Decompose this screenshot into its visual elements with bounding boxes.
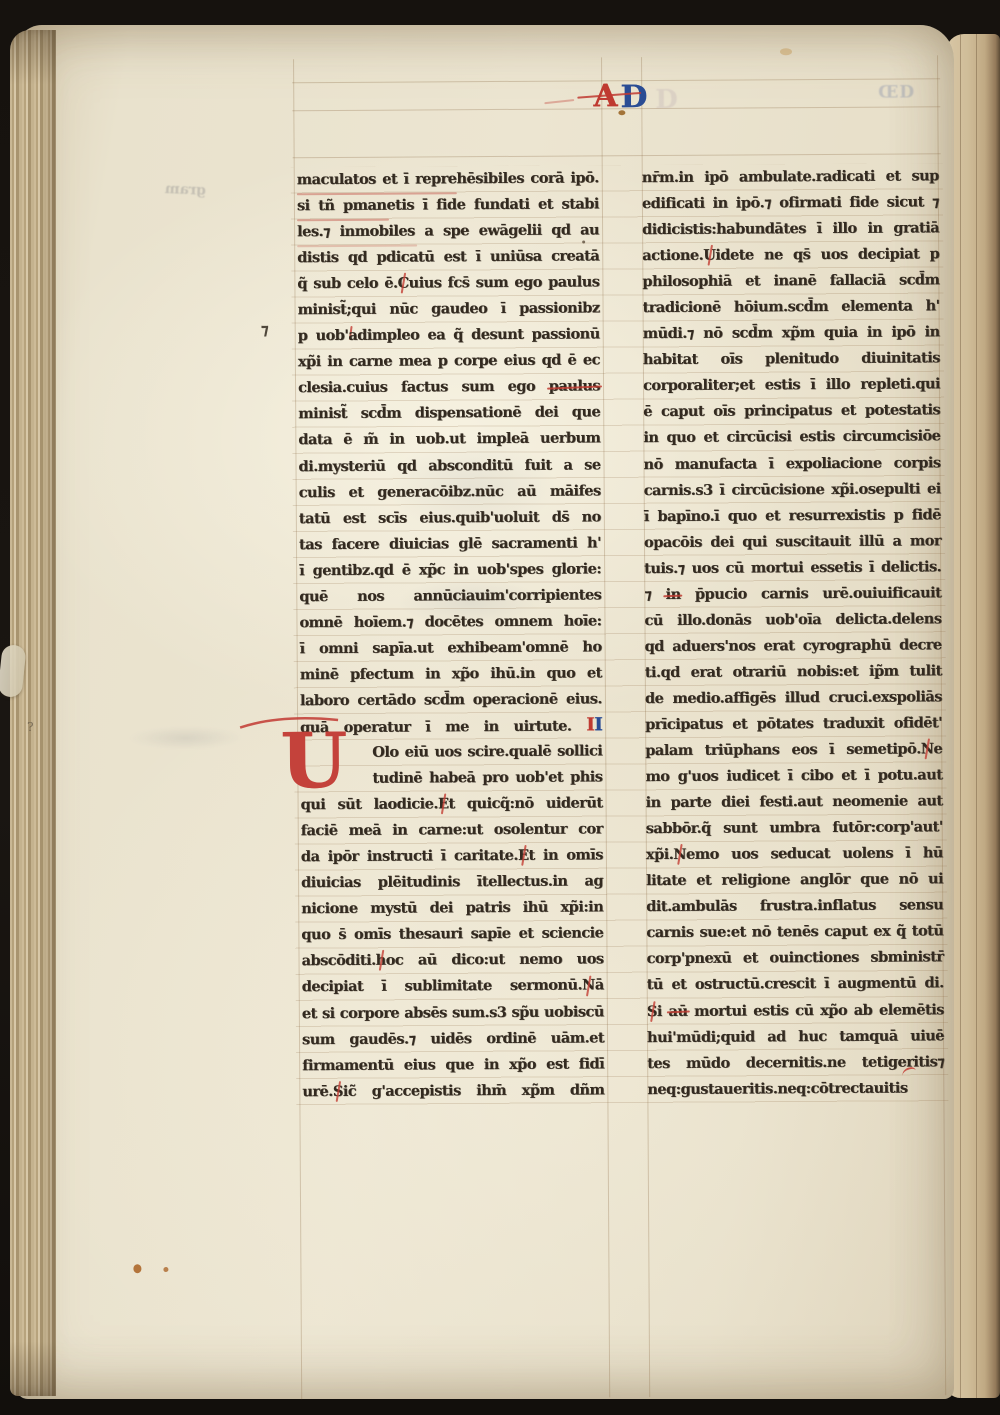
- text-line: neq:gustaueritis.neq:cōtrectauitis: [647, 1075, 944, 1103]
- ruling-horizontal: [293, 153, 941, 158]
- red-touched-capital: E: [518, 843, 529, 869]
- red-touched-capital: U: [703, 243, 715, 269]
- text-line: tatū est scīs eius.quib'uoluit ds̄ no: [299, 504, 601, 532]
- stain: [780, 48, 792, 55]
- stain: [133, 1264, 141, 1273]
- text-line: minē pfectum in xp̃o ihū.in quo et: [300, 660, 602, 688]
- text-line: nr̄m.in ipō ambulate.radicati et sup: [642, 163, 939, 191]
- text-line: sum gaudēs.⁊ uidēs ordinē uām.et: [302, 1025, 604, 1053]
- text-line: di.mysteriū qd absconditū fuit a se: [298, 452, 600, 480]
- text-line: carnis sue:et nō tenēs caput ex q̃ totū: [646, 919, 943, 947]
- red-struck-word: aū: [668, 1002, 687, 1019]
- text-line: decipiat ī sublimitate sermonū.Nā: [302, 973, 604, 1001]
- text-line: ē caput oīs principatus et potestatis: [643, 398, 940, 426]
- text-line: Si aū mortui estis cū xp̃o ab elemētis: [647, 997, 944, 1025]
- text-line: tradicionē hōium.scd̄m elementa h': [642, 294, 939, 322]
- text-line: et si corpore absēs sum.s3 sp̃u uobiscū: [302, 999, 604, 1027]
- text-line: da ipōr instructi ī caritate.Et in omīs: [301, 843, 603, 871]
- folio-content: gram ŒD D A D maculatos et ī reprehēsibi…: [0, 0, 1000, 1415]
- text-line: tes mūdo decernitis.ne tetigeritis⁊: [647, 1049, 944, 1077]
- text-line: de medio.affigēs illud cruci.exspoliās: [645, 684, 942, 712]
- text-line: philosophiā et inanē fallaciā scd̄m: [642, 267, 939, 295]
- text-line: ī bapīno.ī quo et resurrexistis p fidē: [644, 502, 941, 530]
- text-line: les.⁊ inmobiles a spe ewāgelii qd au: [297, 217, 599, 245]
- text-line: abscōditi.hoc aū dico:ut nemo uos: [301, 947, 603, 975]
- text-line: nō manufacta ī expoliacione corpis: [643, 450, 940, 478]
- text-line: culis et generacōibz.nūc aū māifes: [299, 478, 601, 506]
- text-line: quē nos annūciauim'corripientes: [299, 582, 601, 610]
- text-line: sabbōr.q̃ sunt umbra futōr:corp'aut': [646, 814, 943, 842]
- text-line: ti.qd erat otrariū nobis:et ip̃m tulit: [645, 658, 942, 686]
- text-column-left: maculatos et ī reprehēsibiles corā ipō.s…: [297, 165, 605, 1105]
- text-line: edificati in ipō.⁊ ofirmati fide sicut ⁊: [642, 189, 939, 217]
- text-line: corporaliter;et estis ī illo repleti.qui: [643, 372, 940, 400]
- red-struck-word: in: [665, 586, 680, 603]
- text-line: q̃ sub celo ē.Cuius fcs̄ sum ego paulus: [297, 270, 599, 298]
- text-line: diuicias plēitudinis ītellectus.in ag: [301, 869, 603, 897]
- running-title-letter-blue: D: [620, 82, 647, 113]
- text-line: p uob'adimpleo ea q̃ desunt passionū: [298, 322, 600, 350]
- red-touched-capital: S: [333, 1079, 343, 1105]
- text-line: ⁊ in p̄pucio carnis urē.ouiuificauit: [644, 580, 941, 608]
- ghost-show-through-title: ŒD: [878, 82, 915, 102]
- text-line: litate et religione anglōr que nō ui: [646, 867, 943, 895]
- red-touched-capital: N: [582, 973, 595, 999]
- text-line: distis qd pdicatū est ī uniūsa creatā: [297, 244, 599, 272]
- text-line: carnis.s3 ī circūcisione xp̃i.osepulti e…: [644, 476, 941, 504]
- ghost-show-through-letter: D: [655, 85, 678, 115]
- text-line: corp'pnexū et ouinctiones sbministr̄: [646, 945, 943, 973]
- text-line: palam triūphans eos ī semetipō.Ne: [645, 736, 942, 764]
- text-line: tū et ostructū.crescit ī augmentū di.: [647, 971, 944, 999]
- red-touched-capital: h: [376, 948, 386, 974]
- gutter-margin-mark: ?: [27, 720, 34, 734]
- stain: [163, 1267, 168, 1272]
- text-line: nicione mystū dei patris ihū xp̃i:in: [301, 895, 603, 923]
- text-line: in parte diei festi.aut neomenie aut: [646, 788, 943, 816]
- text-line: in quo et circūcisi estis circumcisiōe: [643, 424, 940, 452]
- text-line: minist̃ scd̄m dispensationē dei que: [298, 400, 600, 428]
- text-line: quo s̄ omīs thesauri sapīe et sciencie: [301, 921, 603, 949]
- text-line: actione.Uidete ne qs̄ uos decipiat p: [642, 241, 939, 269]
- text-line: maculatos et ī reprehēsibiles corā ipō.: [297, 165, 599, 193]
- stain: [618, 110, 625, 115]
- text-line: mūdi.⁊ nō scd̄m xp̃m quia in ipō in: [643, 320, 940, 348]
- text-column-right: nr̄m.in ipō ambulate.radicati et supedif…: [642, 163, 945, 1102]
- text-line: faciē meā in carne:ut osolentur cor: [301, 817, 603, 845]
- text-line: dit.ambulās frustra.inflatus sensu: [646, 893, 943, 921]
- text-line: didicistis:habundātes ī illo in gratiā: [642, 215, 939, 243]
- red-touched-capital: N: [673, 842, 686, 868]
- text-line: qd aduers'nos erat cyrographū decre: [645, 632, 942, 660]
- text-line: hui'mūdi;quid ad huc tamquā uiuē: [647, 1023, 944, 1051]
- ghost-show-through-note: gram: [164, 181, 206, 199]
- red-touched-capital: S: [647, 999, 657, 1025]
- text-line: clesia.cuius factus sum ego paulus: [298, 374, 600, 402]
- text-line: mo g'uos iudicet ī cibo et ī potu.aut: [645, 762, 942, 790]
- red-touched-capital: C: [398, 271, 409, 297]
- text-line: minist̃;qui nūc gaudeo ī passionibz: [297, 296, 599, 324]
- text-line: tas facere diuicias glē sacramenti h': [299, 530, 601, 558]
- text-line: si tñ pmanetis ī fide fundati et stabi: [297, 191, 599, 219]
- text-line: xp̃i in carne mea p corpe eius qd ē ec: [298, 348, 600, 376]
- decorated-initial-U: U: [280, 723, 347, 799]
- text-line: cū illo.donās uob'oīa delicta.delens: [644, 606, 941, 634]
- red-touched-capital: E: [438, 791, 449, 817]
- text-line: data ē m̃ in uob.ut impleā uerbum: [298, 426, 600, 454]
- text-line: opacōis dei qui suscitauit illū a mor: [644, 528, 941, 556]
- text-line: prīcipatus et pōtates traduxit ofidēt': [645, 710, 942, 738]
- text-line: urē.Sic̃ g'accepistis ihm̄ xp̃m dñm: [302, 1077, 604, 1105]
- text-line: ī omni sapīa.ut exhibeam'omnē ho: [300, 634, 602, 662]
- text-line: tuis.⁊ uos cū mortui essetis ī delictis.: [644, 554, 941, 582]
- red-touched-capital: N: [921, 736, 934, 762]
- text-line: firmamentū eius que in xp̃o est fidī: [302, 1051, 604, 1079]
- ink-smudge: [128, 726, 243, 751]
- text-line: omnē hoīem.⁊ docētes omnem hoīe:: [299, 608, 601, 636]
- text-line: ī gentibz.qd ē xp̃c in uob'spes glorie:: [299, 556, 601, 584]
- red-struck-word: paulus: [549, 378, 600, 395]
- text-line: laboro certādo scd̄m operacionē eius.: [300, 686, 602, 714]
- manuscript-photo: gram ŒD D A D maculatos et ī reprehēsibi…: [0, 0, 1000, 1415]
- text-line: xp̃i.Nemo uos seducat uolens ī hū: [646, 841, 943, 869]
- initial-flourish: [238, 711, 342, 734]
- quire-mark: ⁊: [261, 319, 269, 338]
- chapter-numeral-blue: I: [594, 714, 602, 735]
- text-line: habitat oīs plenitudo diuinitatis: [643, 346, 940, 374]
- chapter-numeral-red: I: [586, 714, 594, 735]
- running-title-red-strike-faint: [544, 99, 574, 104]
